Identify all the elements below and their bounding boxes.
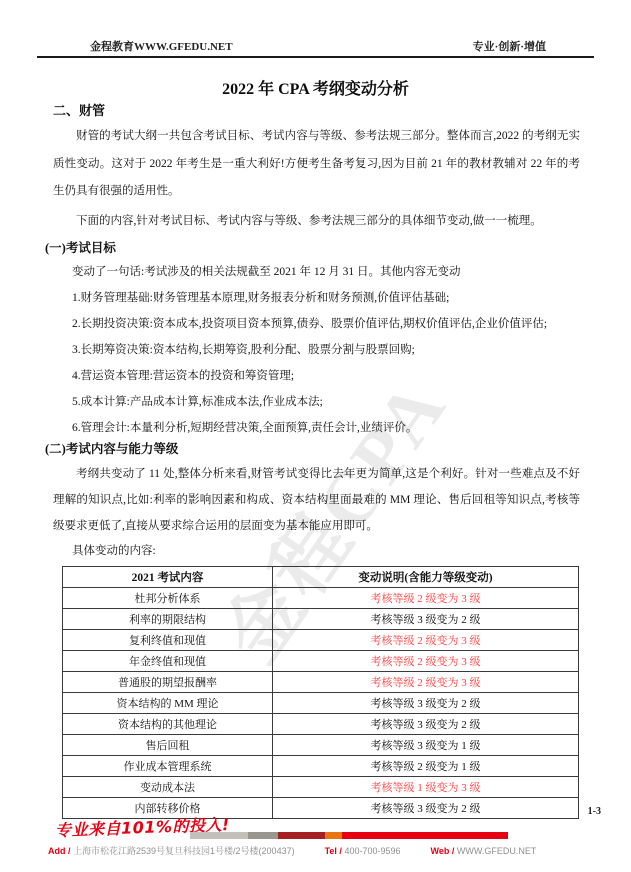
objectives-intro: 变动了一句话:考试涉及的相关法规截至 2021 年 12 月 31 日。其他内容…: [72, 259, 580, 285]
footer-bar-segment: [278, 832, 325, 839]
table-row: 年金终值和现值考核等级 2 级变为 3 级: [63, 651, 579, 672]
content-cell: 普通股的期望报酬率: [63, 672, 273, 693]
table-row: 复利终值和现值考核等级 2 级变为 3 级: [63, 630, 579, 651]
table-row: 售后回租考核等级 3 级变为 1 级: [63, 735, 579, 756]
table-header-row: 2021 考试内容 变动说明(含能力等级变动): [63, 567, 579, 588]
address-label: Add /: [48, 846, 71, 856]
footer-contact-line: Add / 上海市松花江路2539号复旦科技园1号楼/2号楼(200437)Te…: [48, 844, 608, 857]
footer-tel-group: Tel / 400-700-9596: [325, 846, 401, 856]
change-table: 2021 考试内容 变动说明(含能力等级变动) 杜邦分析体系考核等级 2 级变为…: [62, 566, 579, 819]
page-header: 金程教育WWW.GFEDU.NET 专业·创新·增值: [37, 38, 594, 54]
objective-items: 1.财务管理基础:财务管理基本原理,财务报表分析和财务预测,价值评估基础;2.长…: [53, 285, 580, 441]
paragraph: 财管的考试大纲一共包含考试目标、考试内容与等级、参考法规三部分。整体而言,202…: [53, 123, 580, 206]
page-number: 1-3: [588, 806, 601, 817]
header-brand-text: 金程教育WWW.GFEDU.NET: [90, 38, 233, 54]
table-lead-text: 具体变动的内容:: [72, 539, 580, 563]
document-title: 2022 年 CPA 考纲变动分析: [0, 76, 631, 99]
document-body: 二、财管 财管的考试大纲一共包含考试目标、考试内容与等级、参考法规三部分。整体而…: [53, 98, 580, 819]
change-cell: 考核等级 3 级变为 2 级: [273, 714, 579, 735]
content-cell: 年金终值和现值: [63, 651, 273, 672]
col-header-change: 变动说明(含能力等级变动): [273, 567, 579, 588]
table-row: 杜邦分析体系考核等级 2 级变为 3 级: [63, 588, 579, 609]
table-row: 资本结构的 MM 理论考核等级 3 级变为 2 级: [63, 693, 579, 714]
table-row: 利率的期限结构考核等级 3 级变为 2 级: [63, 609, 579, 630]
tel-label: Tel /: [325, 846, 342, 856]
content-cell: 售后回租: [63, 735, 273, 756]
footer-bar-segment: [248, 832, 278, 839]
change-cell: 考核等级 2 级变为 3 级: [273, 651, 579, 672]
web-label: Web /: [431, 846, 455, 856]
content-cell: 作业成本管理系统: [63, 756, 273, 777]
footer-web-group: Web / WWW.GFEDU.NET: [431, 846, 537, 856]
change-cell: 考核等级 1 级变为 3 级: [273, 777, 579, 798]
header-divider: [37, 56, 594, 58]
change-cell: 考核等级 3 级变为 2 级: [273, 798, 579, 819]
change-table-body: 杜邦分析体系考核等级 2 级变为 3 级利率的期限结构考核等级 3 级变为 2 …: [63, 588, 579, 819]
footer-bar-segment: [190, 832, 248, 839]
table-row: 普通股的期望报酬率考核等级 2 级变为 3 级: [63, 672, 579, 693]
objective-item: 2.长期投资决策:资本成本,投资项目资本预算,债券、股票价值评估,期权价值评估,…: [72, 311, 580, 337]
content-cell: 变动成本法: [63, 777, 273, 798]
content-cell: 复利终值和现值: [63, 630, 273, 651]
change-cell: 考核等级 2 级变为 3 级: [273, 630, 579, 651]
content-cell: 资本结构的其他理论: [63, 714, 273, 735]
objective-item: 3.长期筹资决策:资本结构,长期筹资,股利分配、股票分割与股票回购;: [72, 337, 580, 363]
change-cell: 考核等级 3 级变为 2 级: [273, 609, 579, 630]
section-heading: 二、财管: [53, 101, 580, 121]
table-row: 资本结构的其他理论考核等级 3 级变为 2 级: [63, 714, 579, 735]
paragraph: 考纲共变动了 11 处,整体分析来看,财管考试变得比去年更为简单,这是个利好。针…: [53, 461, 580, 539]
change-cell: 考核等级 3 级变为 2 级: [273, 693, 579, 714]
footer-address-group: Add / 上海市松花江路2539号复旦科技园1号楼/2号楼(200437): [48, 844, 295, 857]
col-header-content: 2021 考试内容: [63, 567, 273, 588]
change-cell: 考核等级 2 级变为 3 级: [273, 672, 579, 693]
content-cell: 利率的期限结构: [63, 609, 273, 630]
content-cell: 资本结构的 MM 理论: [63, 693, 273, 714]
table-row: 变动成本法考核等级 1 级变为 3 级: [63, 777, 579, 798]
paragraph: 下面的内容,针对考试目标、考试内容与等级、参考法规三部分的具体细节变动,做一一梳…: [53, 208, 580, 236]
table-row: 作业成本管理系统考核等级 2 级变为 1 级: [63, 756, 579, 777]
document-page: 金程CPA 金程教育WWW.GFEDU.NET 专业·创新·增值 2022 年 …: [0, 0, 631, 872]
web-text: WWW.GFEDU.NET: [457, 846, 537, 856]
objective-item: 4.营运资本管理:营运资本的投资和筹资管理;: [72, 363, 580, 389]
content-cell: 杜邦分析体系: [63, 588, 273, 609]
address-text: 上海市松花江路2539号复旦科技园1号楼/2号楼(200437): [73, 846, 295, 856]
subsection-heading-objectives: (一)考试目标: [45, 237, 580, 259]
footer-bar-segment: [342, 832, 508, 839]
header-slogan-text: 专业·创新·增值: [473, 38, 546, 54]
objective-item: 5.成本计算:产品成本计算,标准成本法,作业成本法;: [72, 389, 580, 415]
change-cell: 考核等级 2 级变为 3 级: [273, 588, 579, 609]
change-cell: 考核等级 2 级变为 1 级: [273, 756, 579, 777]
footer-bar-segment: [325, 832, 342, 839]
objective-item: 1.财务管理基础:财务管理基本原理,财务报表分析和财务预测,价值评估基础;: [72, 285, 580, 311]
footer-color-bar: [190, 832, 508, 839]
change-cell: 考核等级 3 级变为 1 级: [273, 735, 579, 756]
tel-text: 400-700-9596: [344, 846, 400, 856]
